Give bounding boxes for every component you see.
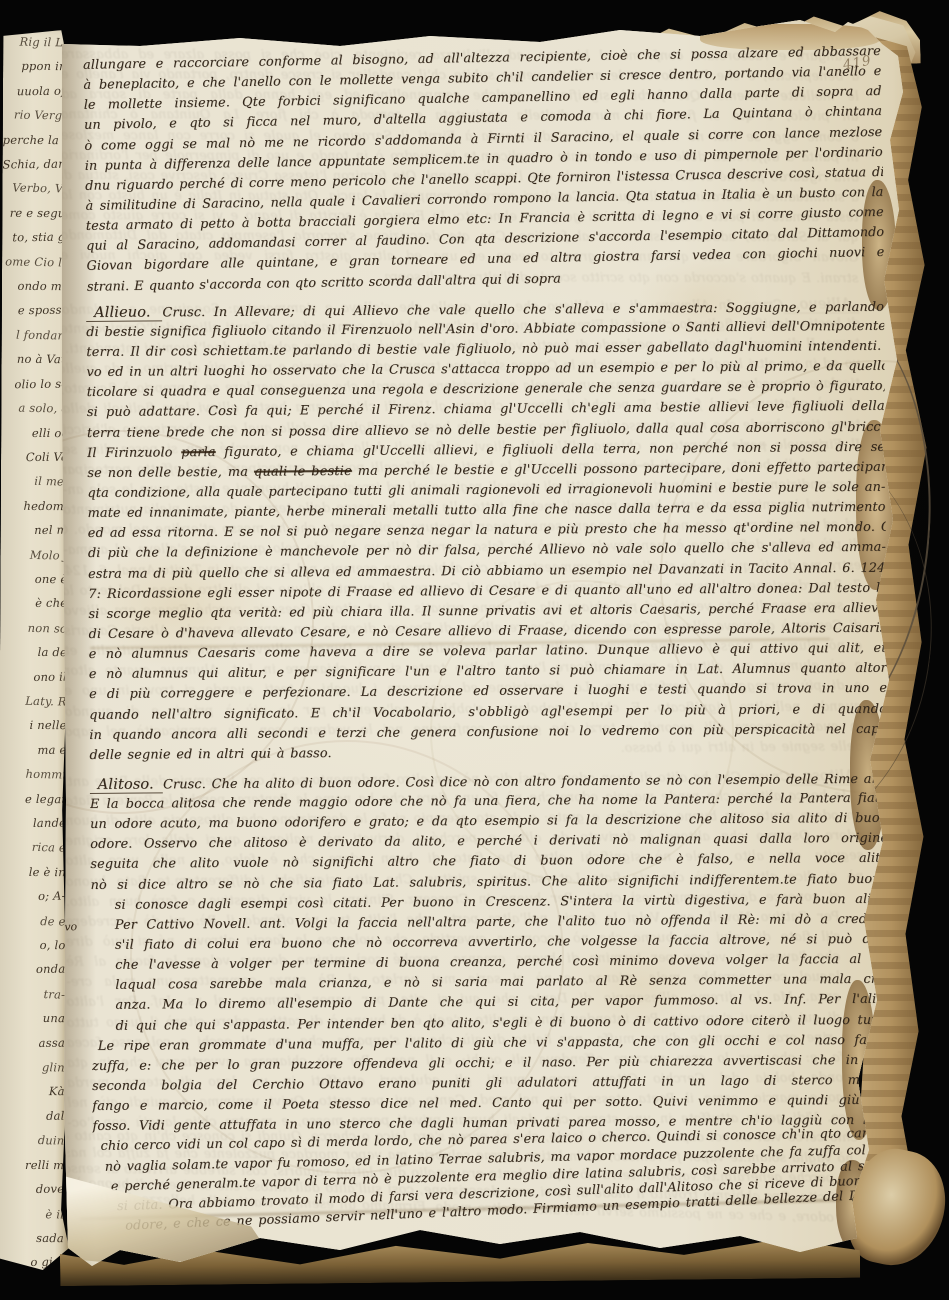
facing-page-fragment: rica e <box>0 835 73 861</box>
manuscript-paragraph: Allieuo. Crusc. In Allevare; di qui Alli… <box>86 296 888 765</box>
entry-headword: Allieuo. <box>86 304 163 322</box>
facing-page-fragment: una <box>0 1006 72 1031</box>
facing-page-fragment: one è <box>0 567 74 592</box>
facing-page-fragment: hommi <box>0 761 74 787</box>
facing-page-fragment: è il <box>0 1201 71 1227</box>
facing-page-fragment: Kà <box>0 1079 72 1104</box>
entry-headword: Alitoso. <box>90 776 163 794</box>
manuscript-page: allungare e raccorciare conforme al biso… <box>0 0 949 1300</box>
facing-page-fragment: onda <box>0 957 72 982</box>
facing-page-fragment: e legat <box>0 786 73 811</box>
facing-page-fragment: o, lo <box>0 933 73 958</box>
facing-page-fragment: i nelle <box>0 713 74 738</box>
facing-page-fragment: non so <box>0 615 74 641</box>
facing-page-fragment: tra- <box>0 981 72 1007</box>
facing-page-fragment: relli m <box>0 1152 71 1177</box>
facing-page-fragment: sada <box>0 1226 71 1251</box>
facing-page-fragment: Laty. R <box>0 688 74 714</box>
facing-page-fragment: duin <box>0 1128 72 1154</box>
facing-page-fragment: de e <box>0 908 73 934</box>
manuscript-text: allungare e raccorciare conforme al biso… <box>84 46 891 1247</box>
manuscript-paragraph: Alitoso. Crusc. Che ha alito di buon odo… <box>90 769 892 1238</box>
facing-page-fragment: o; A- <box>0 884 73 909</box>
facing-page-fragment: le è in <box>0 860 73 885</box>
facing-page-fragment: glin <box>0 1054 72 1080</box>
facing-page-fragment: ma e <box>0 737 74 762</box>
facing-page-fragment: lande <box>0 811 73 836</box>
facing-page-fragment: è che <box>0 591 74 616</box>
facing-page-fragment: dove <box>0 1177 71 1202</box>
manuscript-paragraph: allungare e raccorciare conforme al biso… <box>83 42 885 298</box>
facing-page-fragment: assa <box>0 1030 72 1055</box>
facing-page-fragment: dal <box>0 1103 72 1128</box>
facing-page-fragment: la de <box>0 640 74 665</box>
manuscript-photo: Rig il Lappon imuuola offrio Verghperche… <box>0 0 949 1300</box>
facing-page-fragment: ono il <box>0 664 74 689</box>
